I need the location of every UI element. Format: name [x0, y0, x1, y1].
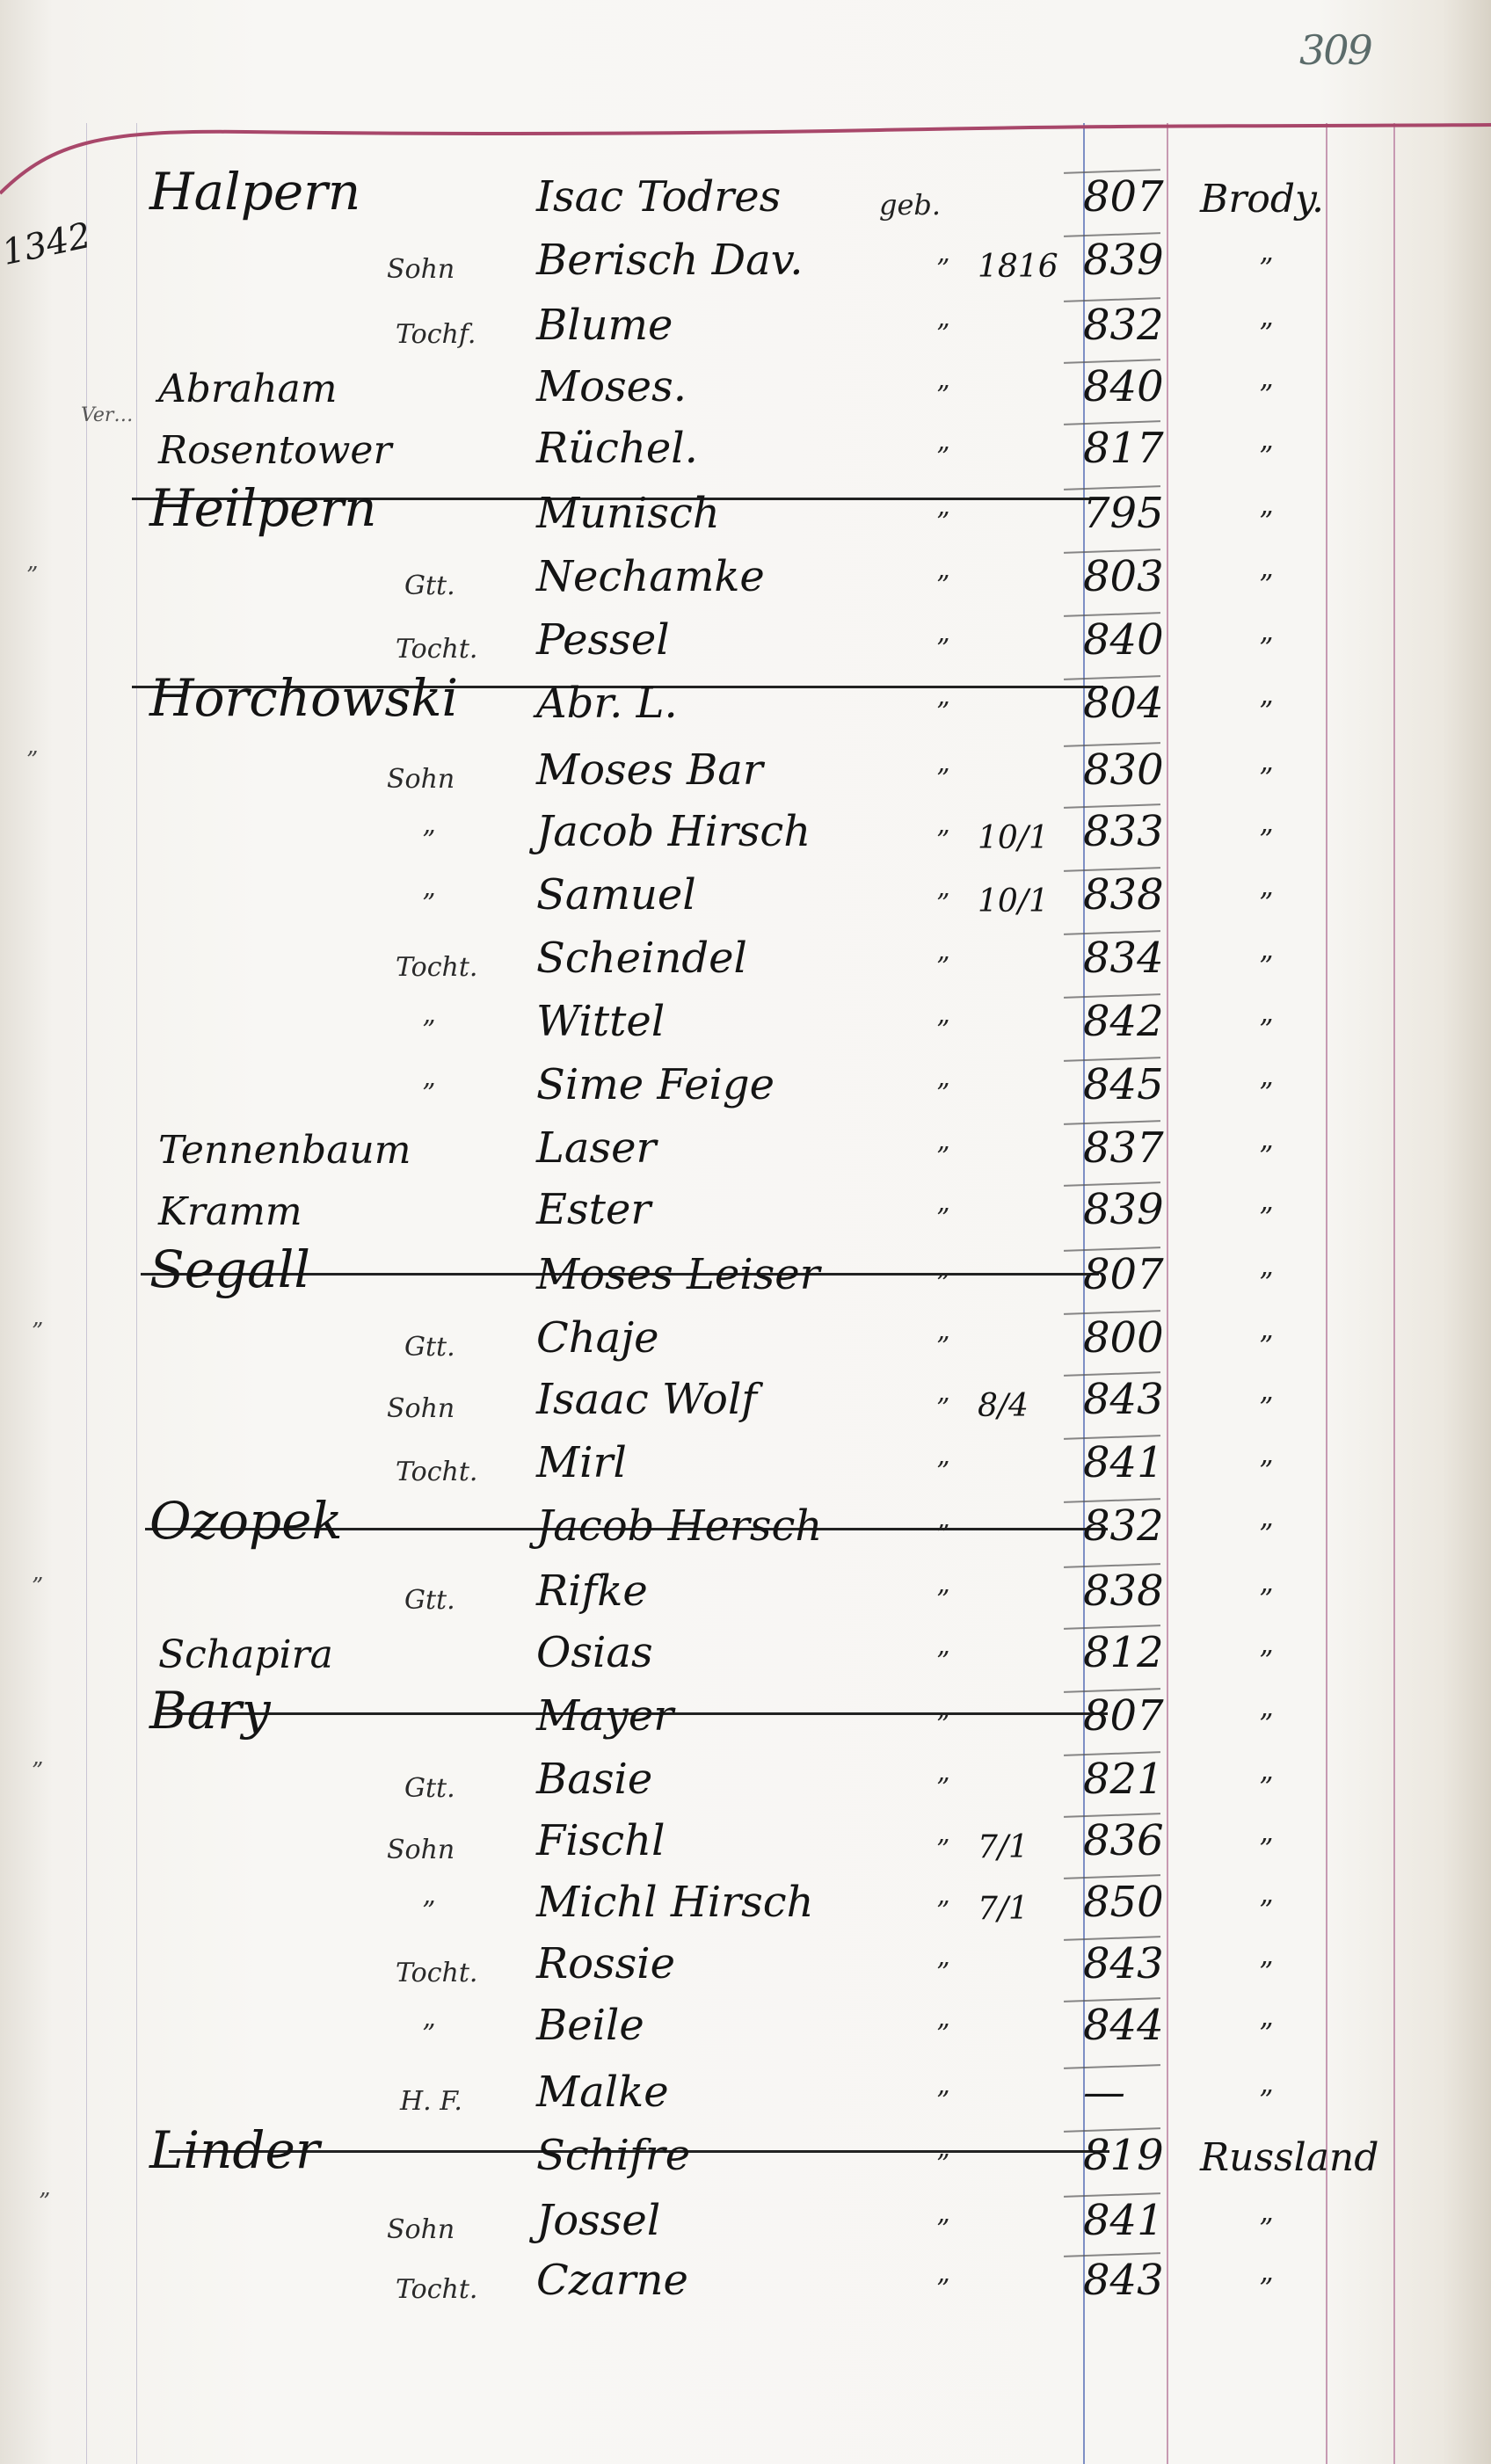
given-name: Scheindel	[536, 934, 747, 983]
given-name: Munisch	[536, 489, 720, 538]
place-ditto: ”	[1259, 823, 1273, 856]
surname: Horchowski	[149, 668, 458, 728]
given-name: Mayer	[536, 1691, 673, 1741]
status-ditto: ”	[936, 1896, 949, 1927]
given-name: Berisch Dav.	[536, 236, 803, 285]
register-row: Gtt.Nechamke”803”	[0, 547, 1491, 608]
given-name: Isaac Wolf	[536, 1375, 757, 1424]
relation: ”	[422, 1079, 435, 1109]
birth-year: 843	[1083, 1375, 1164, 1424]
status-ditto: ”	[936, 2149, 949, 2180]
place-ditto: ”	[1259, 1391, 1273, 1424]
status-ditto: ”	[936, 319, 949, 350]
given-name: Basie	[536, 1755, 652, 1804]
relation: Sohn	[387, 1393, 455, 1424]
given-name: Samuel	[536, 870, 696, 919]
place-ditto: ”	[1259, 1832, 1273, 1865]
relation: ”	[422, 1015, 435, 1046]
register-page: 309 1342 Ver… ” ” ” ” ” ” HalpernIsac To…	[0, 0, 1491, 2464]
status-ditto: ”	[936, 254, 949, 285]
register-row: TennenbaumLaser”837”	[0, 1118, 1491, 1180]
place-ditto: ”	[1259, 1454, 1273, 1487]
surname: Halpern	[149, 162, 360, 222]
place-ditto: ”	[1259, 2271, 1273, 2305]
register-row: AbrahamMoses.”840”	[0, 357, 1491, 418]
relation: Gtt.	[404, 1585, 455, 1616]
status-ditto: ”	[936, 2086, 949, 2117]
given-name: Wittel	[536, 997, 665, 1046]
status-ditto: ”	[936, 1958, 949, 1988]
birth-year: 843	[1083, 1939, 1164, 1988]
relation: Tocht.	[396, 1457, 477, 1487]
relation: Sohn	[387, 254, 455, 285]
register-row: ”Wittel”842”	[0, 992, 1491, 1053]
place-ditto: ”	[1259, 631, 1273, 665]
date-note: 1816	[978, 249, 1058, 285]
relation: ”	[422, 1896, 435, 1927]
register-row: SohnJossel”841”	[0, 2191, 1491, 2252]
given-name: Beile	[536, 2001, 644, 2050]
relation: Gtt.	[404, 1773, 455, 1804]
date-note: 7/1	[978, 1891, 1029, 1927]
birth-year: 812	[1083, 1628, 1164, 1677]
relation: H. F.	[400, 2086, 462, 2117]
place-ditto: ”	[1259, 886, 1273, 919]
relation: Tocht.	[396, 634, 477, 665]
birth-year: 837	[1083, 1123, 1164, 1173]
surname: Schapira	[158, 1632, 333, 1677]
birth-year: 832	[1083, 1501, 1164, 1551]
birth-year: 819	[1083, 2131, 1164, 2180]
given-name: Jacob Hersch	[536, 1501, 822, 1551]
status-ditto: ”	[936, 697, 949, 728]
given-name: Abr. L.	[536, 679, 678, 728]
given-name: Blume	[536, 301, 673, 350]
birth-year: 836	[1083, 1816, 1164, 1865]
birth-year: 807	[1083, 1250, 1164, 1299]
status-ditto: ”	[936, 1835, 949, 1865]
relation: Sohn	[387, 2214, 455, 2245]
register-row: Tocht.Czarne”843”	[0, 2250, 1491, 2312]
birth-year: 842	[1083, 997, 1164, 1046]
status-ditto: ”	[936, 1332, 949, 1363]
register-row: ”Sime Feige”845”	[0, 1055, 1491, 1116]
given-name: Nechamke	[536, 552, 765, 601]
register-row: H. F.Malke”—”	[0, 2062, 1491, 2124]
register-row: RosentowerRüchel.”817”	[0, 418, 1491, 480]
register-row: KrammEster”839”	[0, 1180, 1491, 1241]
status-ditto: ”	[936, 442, 949, 473]
birth-year: —	[1083, 2068, 1125, 2117]
place-name: Russland	[1200, 2135, 1378, 2180]
given-name: Rüchel.	[536, 424, 698, 473]
place-ditto: ”	[1259, 1644, 1273, 1677]
register-row: Tocht.Scheindel”834”	[0, 928, 1491, 990]
place-ditto: ”	[1259, 1201, 1273, 1234]
place-ditto: ”	[1259, 1707, 1273, 1741]
status-ditto: ”	[936, 1142, 949, 1173]
status-ditto: ”	[936, 381, 949, 411]
status-ditto: ”	[936, 1520, 949, 1551]
status-ditto: ”	[936, 889, 949, 919]
birth-year: 845	[1083, 1060, 1164, 1109]
register-row: Tochf.Blume”832”	[0, 295, 1491, 357]
status-ditto: ”	[936, 1015, 949, 1046]
date-note: 10/1	[978, 883, 1049, 919]
given-name: Rifke	[536, 1566, 648, 1616]
date-note: 8/4	[978, 1388, 1029, 1424]
status-ditto: ”	[936, 1203, 949, 1234]
given-name: Isac Todres	[536, 172, 781, 222]
status-ditto: ”	[936, 825, 949, 856]
surname: Abraham	[158, 367, 338, 411]
relation: Gtt.	[404, 571, 455, 601]
place-ditto: ”	[1259, 1770, 1273, 1804]
place-ditto: ”	[1259, 568, 1273, 601]
place-ditto: ”	[1259, 2017, 1273, 2050]
relation: ”	[422, 889, 435, 919]
surname: Segall	[149, 1239, 310, 1299]
given-name: Sime Feige	[536, 1060, 775, 1109]
status-ditto: ”	[936, 507, 949, 538]
birth-year: 800	[1083, 1313, 1164, 1363]
status-ditto: ”	[936, 1646, 949, 1677]
place-ditto: ”	[1259, 251, 1273, 285]
given-name: Jacob Hirsch	[536, 807, 811, 856]
birth-year: 838	[1083, 1566, 1164, 1616]
given-name: Moses.	[536, 362, 687, 411]
status-ditto: ”	[936, 1710, 949, 1741]
birth-year: 844	[1083, 2001, 1164, 2050]
birth-year: 804	[1083, 679, 1164, 728]
status-ditto: ”	[936, 1268, 949, 1299]
birth-year: 843	[1083, 2256, 1164, 2305]
relation: Sohn	[387, 1835, 455, 1865]
place-ditto: ”	[1259, 1013, 1273, 1046]
birth-year: 838	[1083, 870, 1164, 919]
birth-year: 841	[1083, 1438, 1164, 1487]
birth-year: 817	[1083, 424, 1164, 473]
date-note: 7/1	[978, 1829, 1029, 1865]
register-row: HorchowskiAbr. L.”804”	[0, 673, 1491, 735]
place-ditto: ”	[1259, 2083, 1273, 2117]
register-row: HalpernIsac Todresgeb.807Brody.	[0, 167, 1491, 229]
status-ditto: geb.	[879, 188, 941, 222]
given-name: Moses Bar	[536, 745, 763, 795]
place-ditto: ”	[1259, 378, 1273, 411]
date-note: 10/1	[978, 820, 1049, 856]
place-ditto: ”	[1259, 1139, 1273, 1173]
given-name: Mirl	[536, 1438, 627, 1487]
status-ditto: ”	[936, 634, 949, 665]
surname: Bary	[149, 1681, 271, 1741]
given-name: Chaje	[536, 1313, 659, 1363]
register-row: Gtt.Rifke”838”	[0, 1561, 1491, 1623]
given-name: Schifre	[536, 2131, 690, 2180]
birth-year: 840	[1083, 615, 1164, 665]
status-ditto: ”	[936, 1773, 949, 1804]
place-ditto: ”	[1259, 1266, 1273, 1299]
place-ditto: ”	[1259, 505, 1273, 538]
place-ditto: ”	[1259, 761, 1273, 795]
register-row: LinderSchifre”819Russland	[0, 2126, 1491, 2187]
place-name: Brody.	[1200, 177, 1324, 222]
birth-year: 821	[1083, 1755, 1164, 1804]
given-name: Fischl	[536, 1816, 665, 1865]
relation: ”	[422, 2019, 435, 2050]
relation: Tochf.	[396, 319, 476, 350]
register-row: ”Michl Hirsch”7/1850”	[0, 1872, 1491, 1934]
given-name: Osias	[536, 1628, 653, 1677]
status-ditto: ”	[936, 1079, 949, 1109]
given-name: Michl Hirsch	[536, 1878, 814, 1927]
relation: ”	[422, 825, 435, 856]
given-name: Laser	[536, 1123, 656, 1173]
relation: Gtt.	[404, 1332, 455, 1363]
birth-year: 795	[1083, 489, 1164, 538]
register-row: ”Samuel”10/1838”	[0, 865, 1491, 927]
place-ditto: ”	[1259, 316, 1273, 350]
register-row: SohnIsaac Wolf”8/4843”	[0, 1370, 1491, 1431]
place-ditto: ”	[1259, 1893, 1273, 1927]
place-ditto: ”	[1259, 1076, 1273, 1109]
register-row: Gtt.Chaje”800”	[0, 1308, 1491, 1370]
status-ditto: ”	[936, 1393, 949, 1424]
given-name: Moses Leiser	[536, 1250, 820, 1299]
register-row: Gtt.Basie”821”	[0, 1749, 1491, 1811]
register-row: Tocht.Rossie”843”	[0, 1934, 1491, 1995]
register-row: ”Jacob Hirsch”10/1833”	[0, 802, 1491, 863]
birth-year: 830	[1083, 745, 1164, 795]
surname: Ozopek	[149, 1491, 343, 1551]
given-name: Pessel	[536, 615, 670, 665]
birth-year: 803	[1083, 552, 1164, 601]
surname: Tennenbaum	[158, 1128, 411, 1173]
birth-year: 839	[1083, 236, 1164, 285]
given-name: Jossel	[536, 2196, 660, 2245]
birth-year: 840	[1083, 362, 1164, 411]
place-ditto: ”	[1259, 1955, 1273, 1988]
register-row: SchapiraOsias”812”	[0, 1623, 1491, 1684]
place-ditto: ”	[1259, 694, 1273, 728]
place-ditto: ”	[1259, 2212, 1273, 2245]
surname: Kramm	[158, 1189, 302, 1234]
register-row: SohnBerisch Dav.”1816839”	[0, 230, 1491, 292]
register-row: Tocht.Pessel”840”	[0, 610, 1491, 672]
given-name: Czarne	[536, 2256, 688, 2305]
relation: Sohn	[387, 764, 455, 795]
register-row: BaryMayer”807”	[0, 1686, 1491, 1748]
birth-year: 850	[1083, 1878, 1164, 1927]
given-name: Ester	[536, 1185, 651, 1234]
surname: Rosentower	[158, 428, 391, 473]
birth-year: 834	[1083, 934, 1164, 983]
register-row: SegallMoses Leiser”807”	[0, 1245, 1491, 1306]
status-ditto: ”	[936, 764, 949, 795]
surname: Linder	[149, 2120, 320, 2180]
status-ditto: ”	[936, 2274, 949, 2305]
register-row: OzopekJacob Hersch”832”	[0, 1496, 1491, 1558]
status-ditto: ”	[936, 571, 949, 601]
place-ditto: ”	[1259, 1517, 1273, 1551]
given-name: Rossie	[536, 1939, 675, 1988]
birth-year: 839	[1083, 1185, 1164, 1234]
place-ditto: ”	[1259, 440, 1273, 473]
relation: Tocht.	[396, 2274, 477, 2305]
place-ditto: ”	[1259, 1582, 1273, 1616]
register-row: ”Beile”844”	[0, 1995, 1491, 2057]
register-row: Tocht.Mirl”841”	[0, 1433, 1491, 1494]
surname: Heilpern	[149, 478, 377, 538]
status-ditto: ”	[936, 1585, 949, 1616]
register-row: HeilpernMunisch”795”	[0, 483, 1491, 545]
status-ditto: ”	[936, 1457, 949, 1487]
birth-year: 841	[1083, 2196, 1164, 2245]
birth-year: 807	[1083, 172, 1164, 222]
place-ditto: ”	[1259, 1329, 1273, 1363]
birth-year: 832	[1083, 301, 1164, 350]
given-name: Malke	[536, 2068, 669, 2117]
register-row: SohnFischl”7/1836”	[0, 1811, 1491, 1872]
status-ditto: ”	[936, 952, 949, 983]
status-ditto: ”	[936, 2019, 949, 2050]
register-row: SohnMoses Bar”830”	[0, 740, 1491, 802]
birth-year: 833	[1083, 807, 1164, 856]
relation: Tocht.	[396, 952, 477, 983]
birth-year: 807	[1083, 1691, 1164, 1741]
status-ditto: ”	[936, 2214, 949, 2245]
relation: Tocht.	[396, 1958, 477, 1988]
place-ditto: ”	[1259, 949, 1273, 983]
page-number: 309	[1299, 26, 1371, 74]
